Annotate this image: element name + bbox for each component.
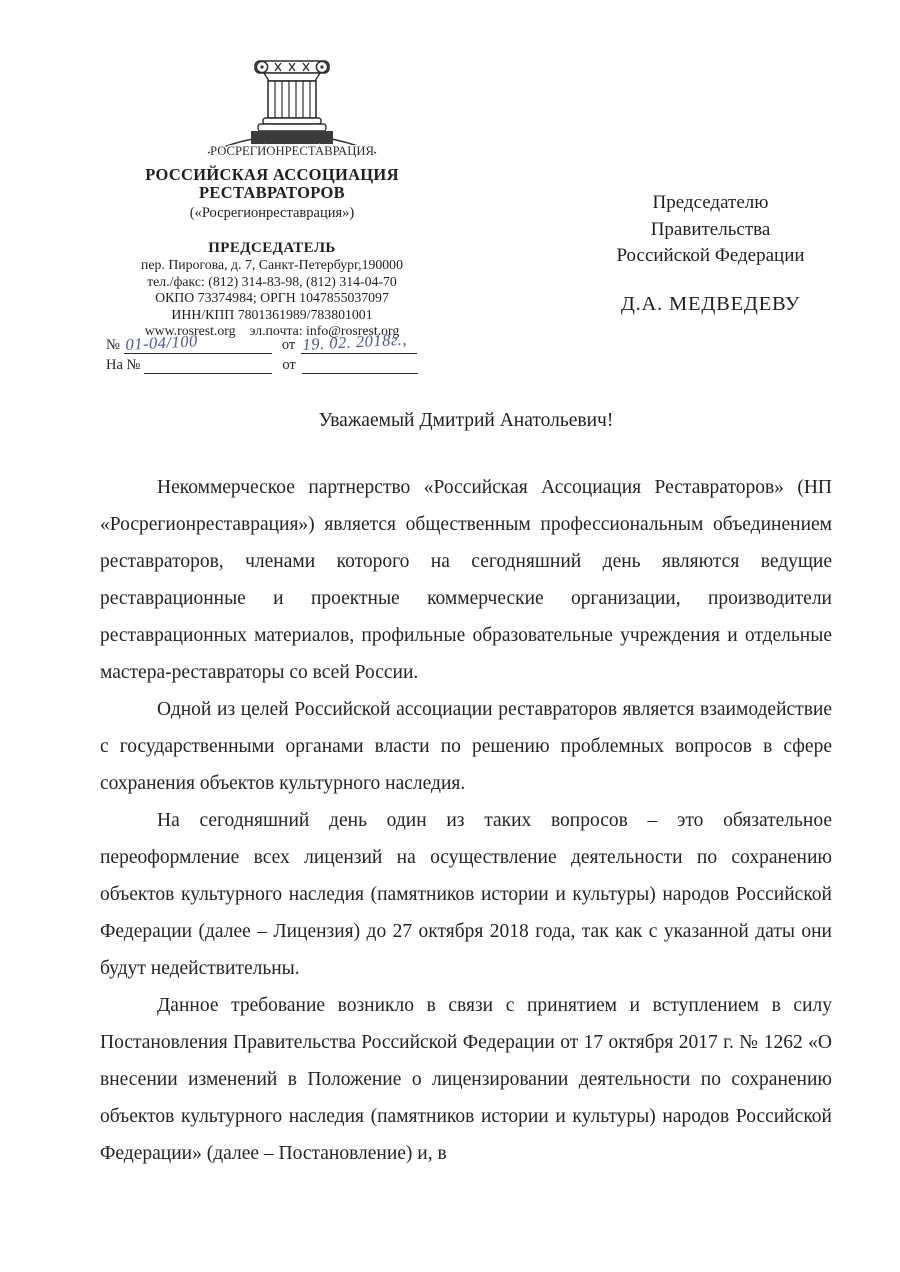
salutation: Уважаемый Дмитрий Анатольевич! — [100, 410, 832, 432]
reply-no-blank — [144, 357, 272, 374]
org-name-line2: РЕСТАВРАТОРОВ — [88, 184, 456, 202]
recipient-block: Председателю Правительства Российской Фе… — [553, 190, 868, 316]
sender-codes-okpo-ogrn: ОКПО 73374984; ОРГН 1047855037097 — [88, 290, 456, 307]
reference-block: № 01-04/100 от 19. 02. 2018г., На № от — [106, 334, 456, 374]
ref-no-blank: 01-04/100 — [124, 337, 272, 354]
org-name-line1: РОССИЙСКАЯ АССОЦИАЦИЯ — [88, 166, 456, 184]
sender-contacts-block: ПРЕДСЕДАТЕЛЬ пер. Пирогова, д. 7, Санкт-… — [88, 240, 456, 340]
recipient-line1: Председателю — [553, 190, 868, 217]
column-capital-icon: РОСРЕГИОНРЕСТАВРАЦИЯ — [202, 54, 382, 160]
scanned-letter-page: РОСРЕГИОНРЕСТАВРАЦИЯ РОССИЙСКАЯ АССОЦИАЦ… — [0, 0, 900, 1272]
org-short-name: («Росрегионреставрация») — [88, 205, 456, 222]
paragraph-3: На сегодняшний день один из таких вопрос… — [100, 802, 832, 987]
sender-phone: тел./факс: (812) 314-83-98, (812) 314-04… — [88, 274, 456, 291]
column-capital-logo: РОСРЕГИОНРЕСТАВРАЦИЯ — [202, 54, 382, 160]
paragraph-1: Некоммерческое партнерство «Российская А… — [100, 469, 832, 691]
recipient-line2: Правительства — [553, 217, 868, 244]
reply-date-blank — [302, 357, 418, 374]
reply-ref-row: На № от — [106, 354, 456, 374]
outgoing-ref-row: № 01-04/100 от 19. 02. 2018г., — [106, 334, 456, 354]
ref-no-label: № — [106, 337, 124, 354]
handwritten-ref-number: 01-04/100 — [125, 331, 198, 355]
ref-date-blank: 19. 02. 2018г., — [301, 337, 417, 354]
sender-org-block: РОССИЙСКАЯ АССОЦИАЦИЯ РЕСТАВРАТОРОВ («Ро… — [88, 166, 456, 222]
handwritten-ref-date: 19. 02. 2018г., — [302, 330, 407, 355]
reply-from-label: от — [272, 357, 301, 374]
reply-no-label: На № — [106, 357, 144, 374]
sender-codes-inn-kpp: ИНН/КПП 7801361989/783801001 — [88, 307, 456, 324]
ref-from-label: от — [272, 337, 301, 354]
sender-position-title: ПРЕДСЕДАТЕЛЬ — [88, 240, 456, 257]
sender-address: пер. Пирогова, д. 7, Санкт-Петербург,190… — [88, 257, 456, 274]
recipient-name: Д.А. МЕДВЕДЕВУ — [553, 293, 868, 316]
recipient-line3: Российской Федерации — [553, 243, 868, 270]
logo-caption: РОСРЕГИОНРЕСТАВРАЦИЯ — [210, 144, 374, 158]
paragraph-2: Одной из целей Российской ассоциации рес… — [100, 691, 832, 802]
letter-body: Некоммерческое партнерство «Российская А… — [100, 469, 832, 1172]
paragraph-4: Данное требование возникло в связи с при… — [100, 987, 832, 1172]
